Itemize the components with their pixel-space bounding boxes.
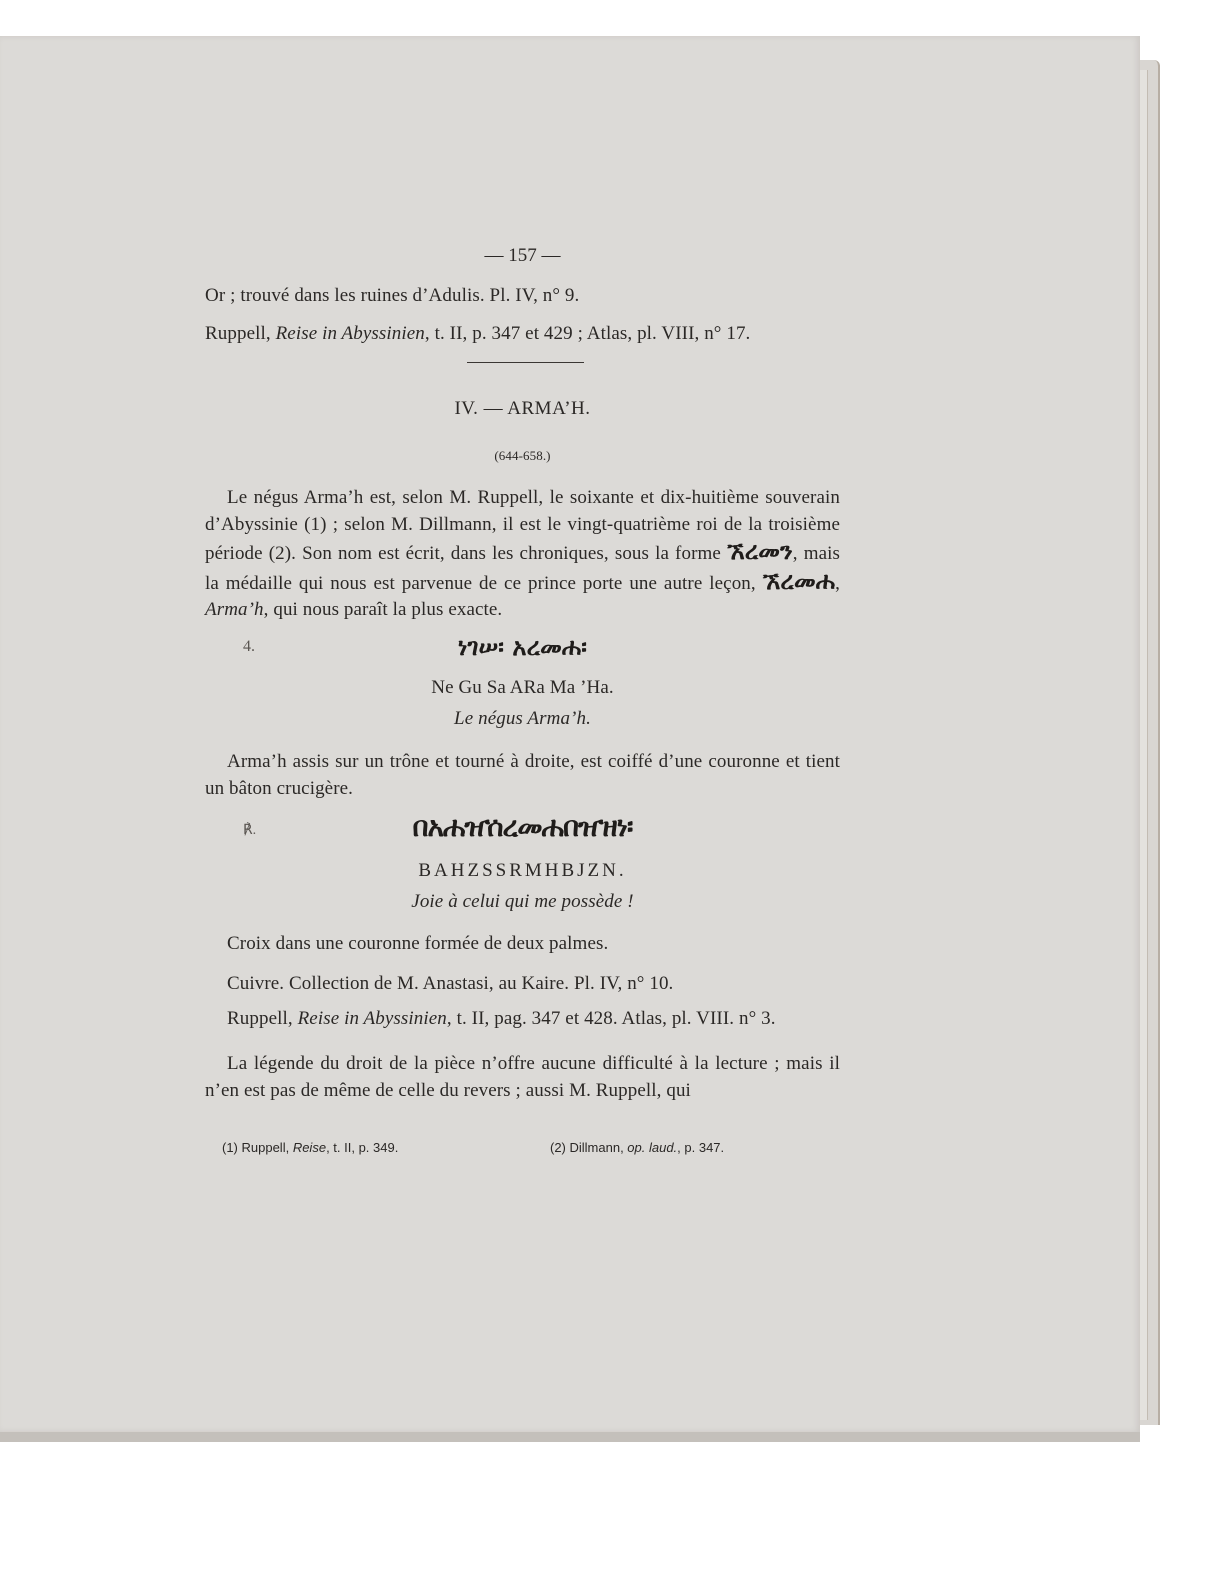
reverse-ethiopic-legend: በአሐዠሰረመሐበዠዘነ፡ [205,813,840,844]
ethiopic-name-chronicle: ኧረመን [727,537,793,565]
intro-text-3: , qui nous paraît la plus exacte. [264,599,503,620]
footnote-1-author: (1) Ruppell, [222,1140,293,1155]
ref2-author: Ruppell, [227,1008,298,1029]
obverse-ethiopic-legend: ነገሠ፡ አረመሐ፡ [205,634,840,663]
section-divider [467,362,584,363]
footnote-1-title: Reise [293,1140,326,1155]
footnote-2-details: , p. 347. [677,1140,724,1155]
ref2-title: Reise in Abyssinien [298,1008,447,1029]
reference-line-1: Ruppell, Reise in Abyssinien, t. II, p. … [205,320,840,347]
footnote-1-details: , t. II, p. 349. [326,1140,398,1155]
obverse-translation: Le négus Arma’h. [205,705,840,732]
section-heading: IV. — ARMA’H. [205,395,840,422]
ref-details: , t. II, p. 347 et 429 ; Atlas, pl. VIII… [425,323,751,344]
closing-paragraph: La légende du droit de la pièce n’offre … [205,1050,840,1104]
reverse-description: Croix dans une couronne formée de deux p… [205,930,840,957]
obverse-transliteration: Ne Gu Sa ARa Ma ’Ha. [205,674,840,701]
ethiopic-name-medal: ኧረመሐ [763,567,836,595]
reverse-ethiopic-text: በአሐዠሰረመሐበዠዘነ፡ [412,810,632,843]
ref2-details: , t. II, pag. 347 et 428. Atlas, pl. VII… [447,1008,776,1029]
ref-author: Ruppell, [205,323,276,344]
footnote-2-author: (2) Dillmann, [550,1140,627,1155]
section-dates: (644-658.) [205,442,840,469]
reference-line-2: Ruppell, Reise in Abyssinien, t. II, pag… [205,1005,840,1032]
reverse-transliteration: BAHZSSRMHBJZN. [205,857,840,884]
ref-title: Reise in Abyssinien [276,323,425,344]
obverse-ethiopic-text: ነገሠ፡ አረመሐ፡ [458,633,587,661]
intro-italic-name: Arma’h [205,599,264,620]
reverse-translation: Joie à celui qui me possède ! [205,888,840,915]
metal-collection: Cuivre. Collection de M. Anastasi, au Ka… [205,970,840,997]
footnote-2-title: op. laud. [627,1140,677,1155]
page-number: — 157 — [205,245,840,267]
intro-paragraph: Le négus Arma’h est, selon M. Ruppell, l… [205,485,840,624]
footnote-2: (2) Dillmann, op. laud., p. 347. [550,1140,724,1155]
metal-find-line: Or ; trouvé dans les ruines d’Adulis. Pl… [205,282,840,309]
footnote-1: (1) Ruppell, Reise, t. II, p. 349. [222,1140,398,1155]
obverse-description: Arma’h assis sur un trône et tourné à dr… [205,748,840,802]
